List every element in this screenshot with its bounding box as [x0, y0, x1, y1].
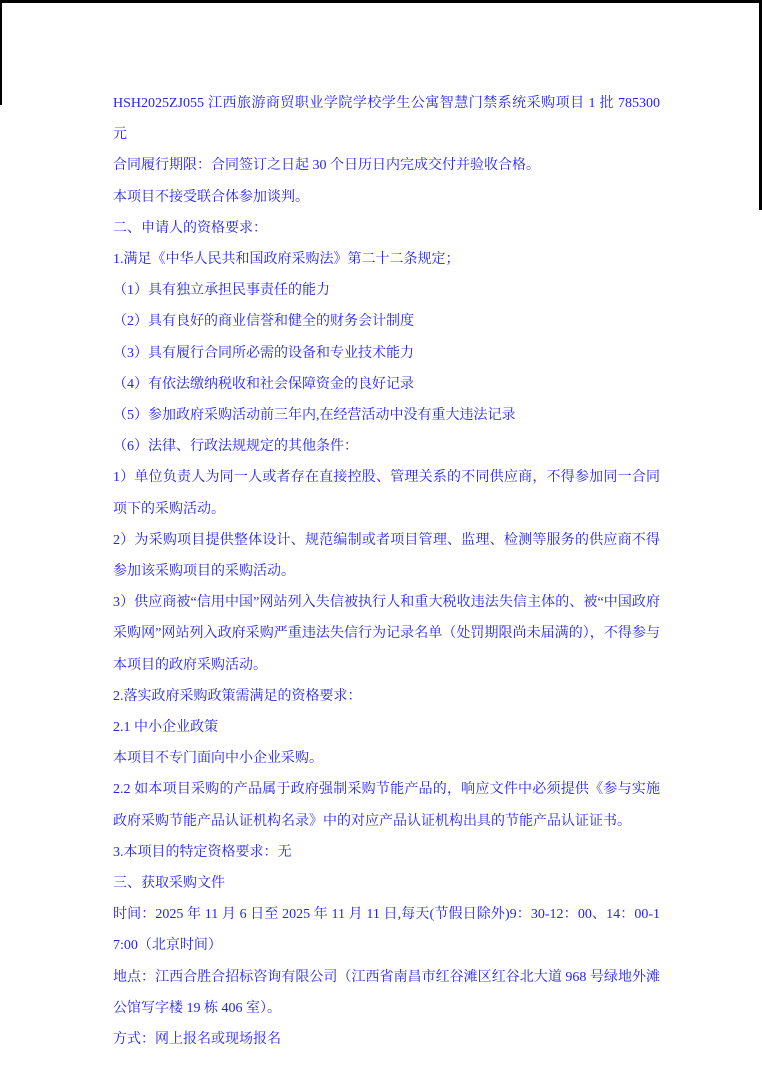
qualification-item-4: （4）有依法缴纳税收和社会保障资金的良好记录 — [113, 369, 660, 400]
qualification-item-6: （6）法律、行政法规规定的其他条件： — [113, 431, 660, 462]
energy-products-line: 2.2 如本项目采购的产品属于政府强制采购节能产品的，响应文件中必须提供《参与实… — [113, 774, 660, 836]
contract-period-line: 合同履行期限：合同签订之日起 30 个日历日内完成交付并验收合格。 — [113, 150, 660, 181]
time-line: 时间：2025 年 11 月 6 日至 2025 年 11 月 11 日,每天(… — [113, 899, 660, 961]
scan-edge-left — [0, 0, 2, 105]
other-condition-1: 1）单位负责人为同一人或者存在直接控股、管理关系的不同供应商，不得参加同一合同项… — [113, 462, 660, 524]
document-page: HSH2025ZJ055 江西旅游商贸职业学院学校学生公寓智慧门禁系统采购项目 … — [0, 0, 762, 1080]
sme-note-line: 本项目不专门面向中小企业采购。 — [113, 743, 660, 774]
specific-qualification-line: 3.本项目的特定资格要求：无 — [113, 837, 660, 868]
section-3-heading: 三、获取采购文件 — [113, 868, 660, 899]
method-line: 方式：网上报名或现场报名 — [113, 1024, 660, 1055]
location-line: 地点：江西合胜合招标咨询有限公司（江西省南昌市红谷滩区红谷北大道 968 号绿地… — [113, 962, 660, 1024]
policy-requirements-line: 2.落实政府采购政策需满足的资格要求： — [113, 681, 660, 712]
qualification-item-1: （1）具有独立承担民事责任的能力 — [113, 275, 660, 306]
other-condition-3: 3）供应商被“信用中国”网站列入失信被执行人和重大税收违法失信主体的、被“中国政… — [113, 587, 660, 681]
other-condition-2: 2）为采购项目提供整体设计、规范编制或者项目管理、监理、检测等服务的供应商不得参… — [113, 525, 660, 587]
qualification-item-3: （3）具有履行合同所必需的设备和专业技术能力 — [113, 338, 660, 369]
scan-edge-top — [0, 0, 762, 3]
section-2-heading: 二、申请人的资格要求： — [113, 213, 660, 244]
qualification-intro-line: 1.满足《中华人民共和国政府采购法》第二十二条规定； — [113, 244, 660, 275]
qualification-item-5: （5）参加政府采购活动前三年内,在经营活动中没有重大违法记录 — [113, 400, 660, 431]
document-body: HSH2025ZJ055 江西旅游商贸职业学院学校学生公寓智慧门禁系统采购项目 … — [113, 88, 660, 1055]
project-title-line: HSH2025ZJ055 江西旅游商贸职业学院学校学生公寓智慧门禁系统采购项目 … — [113, 88, 660, 150]
qualification-item-2: （2）具有良好的商业信誉和健全的财务会计制度 — [113, 306, 660, 337]
sme-policy-line: 2.1 中小企业政策 — [113, 712, 660, 743]
consortium-note-line: 本项目不接受联合体参加谈判。 — [113, 182, 660, 213]
